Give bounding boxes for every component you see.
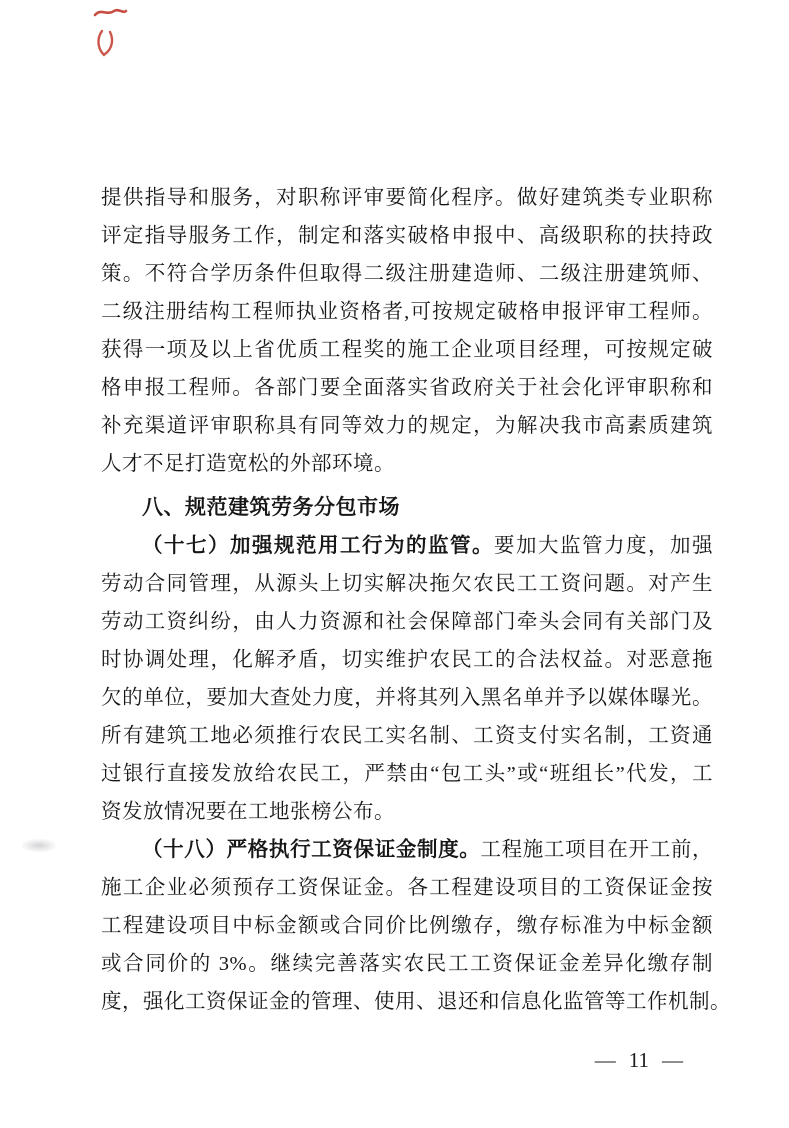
text-line: 或合同价的 3%。继续完善落实农民工工资保证金差异化缴存制: [101, 946, 713, 984]
text-line: 过银行直接发放给农民工，严禁由“包工头”或“班组长”代发，工: [101, 756, 713, 794]
red-pen-mark-top: [95, 10, 126, 15]
paragraph-lead: （十八）严格执行工资保证金制度。: [142, 839, 480, 861]
footer-dash-right: —: [662, 1048, 683, 1073]
text-line: 劳动工资纠纷，由人力资源和社会保障部门牵头会同有关部门及: [101, 604, 713, 642]
text-line: （十八）严格执行工资保证金制度。工程施工项目在开工前，: [101, 832, 713, 870]
paragraph-continuation: 提供指导和服务，对职称评审要简化程序。做好建筑类专业职称 评定指导服务工作，制定…: [101, 180, 713, 484]
text-line: 时协调处理，化解矛盾，切实维护农民工的合法权益。对恶意拖: [101, 642, 713, 680]
text-line: 补充渠道评审职称具有同等效力的规定，为解决我市高素质建筑: [101, 408, 713, 446]
page-footer: — 11 —: [595, 1048, 683, 1073]
text-line: 二级注册结构工程师执业资格者,可按规定破格申报评审工程师。: [101, 294, 713, 332]
text-line: （十七）加强规范用工行为的监管。要加大监管力度，加强: [101, 528, 713, 566]
red-pen-mark-bottom: [98, 31, 112, 55]
page-number: 11: [629, 1048, 649, 1073]
scanned-document-page: 提供指导和服务，对职称评审要简化程序。做好建筑类专业职称 评定指导服务工作，制定…: [0, 0, 789, 1128]
footer-dash-left: —: [595, 1048, 616, 1073]
text-line: 工程建设项目中标金额或合同价比例缴存，缴存标准为中标金额: [101, 908, 713, 946]
paragraph-18: （十八）严格执行工资保证金制度。工程施工项目在开工前， 施工企业必须预存工资保证…: [101, 832, 713, 1022]
section-heading: 八、规范建筑劳务分包市场: [101, 489, 713, 527]
text-line: 所有建筑工地必须推行农民工实名制、工资支付实名制，工资通: [101, 718, 713, 756]
text-line: 策。不符合学历条件但取得二级注册建造师、二级注册建筑师、: [101, 256, 713, 294]
paragraph-lead: （十七）加强规范用工行为的监管。: [142, 535, 494, 557]
text-line: 评定指导服务工作，制定和落实破格申报中、高级职称的扶持政: [101, 218, 713, 256]
text-line: 劳动合同管理，从源头上切实解决拖欠农民工工资问题。对产生: [101, 566, 713, 604]
text-line: 度，强化工资保证金的管理、使用、退还和信息化监管等工作机制。: [101, 984, 713, 1022]
red-pen-marks: [88, 3, 130, 61]
text-line: 施工企业必须预存工资保证金。各工程建设项目的工资保证金按: [101, 870, 713, 908]
text-line: 资发放情况要在工地张榜公布。: [101, 794, 713, 832]
text-line: 获得一项及以上省优质工程奖的施工企业项目经理，可按规定破: [101, 332, 713, 370]
paragraph-lead-rest: 工程施工项目在开工前，: [480, 839, 713, 861]
section-heading-block: 八、规范建筑劳务分包市场: [101, 489, 713, 527]
paragraph-lead-rest: 要加大监管力度，加强: [494, 535, 713, 557]
text-line: 提供指导和服务，对职称评审要简化程序。做好建筑类专业职称: [101, 180, 713, 218]
text-line: 欠的单位，要加大查处力度，并将其列入黑名单并予以媒体曝光。: [101, 680, 713, 718]
text-line: 格申报工程师。各部门要全面落实省政府关于社会化评审职称和: [101, 370, 713, 408]
scan-smudge: [22, 839, 56, 852]
paragraph-17: （十七）加强规范用工行为的监管。要加大监管力度，加强 劳动合同管理，从源头上切实…: [101, 528, 713, 832]
text-line: 人才不足打造宽松的外部环境。: [101, 446, 713, 484]
